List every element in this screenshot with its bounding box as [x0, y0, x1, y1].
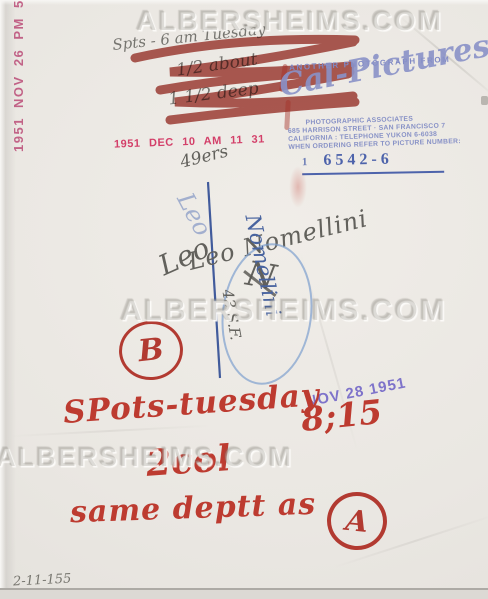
picture-number-row: 1 6542-6 [302, 150, 444, 175]
picture-number: 6542-6 [323, 151, 393, 170]
red-smudge [289, 166, 307, 208]
receiving-date-stamp: 1951 NOV 26 PM 5 20 [11, 0, 26, 152]
paper-bottom-edge [0, 588, 488, 599]
red-note-time: 8;15 [299, 392, 384, 439]
watermark-middle: ALBERSHEIMS.COM [120, 294, 447, 328]
watermark-bottom: ALBERSHEIMS.COM [0, 442, 293, 473]
letter-a: A [344, 503, 370, 539]
red-note-sports-line: SPots-tuesday [62, 377, 321, 431]
paper-edge-nick [481, 96, 488, 105]
dec-date-stamp: 1951 DEC 10 AM 11 31 [114, 133, 265, 150]
press-photo-back: Spts - 6 am Tuesday 1/2 about 1 1/2 deep… [0, 0, 488, 599]
pencil-archive-number: 2-11-155 [13, 571, 72, 589]
red-note-same-dept: same deptt as [69, 487, 316, 531]
agency-stamp-address: PHOTOGRAPHIC ASSOCIATES 685 HARRISON STR… [287, 114, 461, 152]
letter-b: B [137, 332, 166, 369]
watermark-top: ALBERSHEIMS.COM [136, 5, 443, 37]
red-circled-a: A [324, 489, 390, 553]
